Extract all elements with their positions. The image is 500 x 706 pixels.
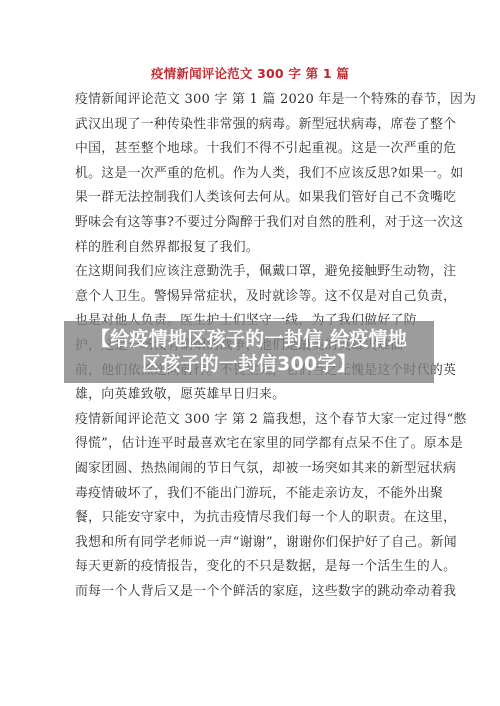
body-line: 在这期间我们应该注意勤洗手，佩戴口罩，避免接触野生动物，注	[75, 260, 435, 285]
body-line: 疫情新闻评论范文 300 字 第 1 篇 2020 年是一个特殊的春节，因为	[75, 88, 435, 113]
body-line: 每天更新的疫情报告，变化的不只是数据，是每一个活生生的人。	[75, 555, 435, 580]
body-line: 我想和所有同学老师说一声“谢谢”，谢谢你们保护好了自己。新闻	[75, 531, 435, 556]
document-title: 疫情新闻评论范文 300 字 第 1 篇	[0, 64, 500, 82]
overlay-banner-title: 【给疫情地区孩子的一封信,给疫情地 区孩子的一封信300字】	[64, 321, 434, 383]
body-line: 野味会有这等事?不要过分陶醉于我们对自然的胜利，对于这一次这	[75, 211, 435, 236]
document-page: 疫情新闻评论范文 300 字 第 1 篇 疫情新闻评论范文 300 字 第 1 …	[0, 0, 500, 706]
body-line: 样的胜利自然界都报复了我们。	[75, 236, 435, 261]
body-line: 果一群无法控制我们人类该何去何从。如果我们管好自己不贪嘴吃	[75, 186, 435, 211]
body-line: 武汉出现了一种传染性非常强的病毒。新型冠状病毒，席卷了整个	[75, 113, 435, 138]
overlay-banner-line-2: 区孩子的一封信300字】	[64, 352, 434, 377]
body-line: 毒疫情破坏了，我们不能出门游玩，不能走亲访友，不能外出聚	[75, 482, 435, 507]
body-line: 机。这是一次严重的危机。作为人类，我们不应该反思?如果一。如	[75, 162, 435, 187]
body-line: 而每一个人背后又是一个个鲜活的家庭，这些数字的跳动牵动着我	[75, 580, 435, 605]
body-line: 中国，甚至整个地球。十我们不得不引起重视。这是一次严重的危	[75, 137, 435, 162]
body-line: 雄，向英雄致敬，愿英雄早日归来。	[75, 383, 435, 408]
overlay-banner-line-1: 【给疫情地区孩子的一封信,给疫情地	[64, 327, 434, 352]
body-line: 疫情新闻评论范文 300 字 第 2 篇我想，这个春节大家一定过得“憋	[75, 408, 435, 433]
body-line: 阖家团圆、热热闹闹的节日气氛，却被一场突如其来的新型冠状病	[75, 457, 435, 482]
body-line: 意个人卫生。警惕异常症状，及时就诊等。这不仅是对自己负责，	[75, 285, 435, 310]
body-line: 餐，只能安守家中，为抗击疫情尽我们每一个人的职责。在这里，	[75, 506, 435, 531]
body-line: 得慌”，估计连平时最喜欢宅在家里的同学都有点呆不住了。原本是	[75, 432, 435, 457]
